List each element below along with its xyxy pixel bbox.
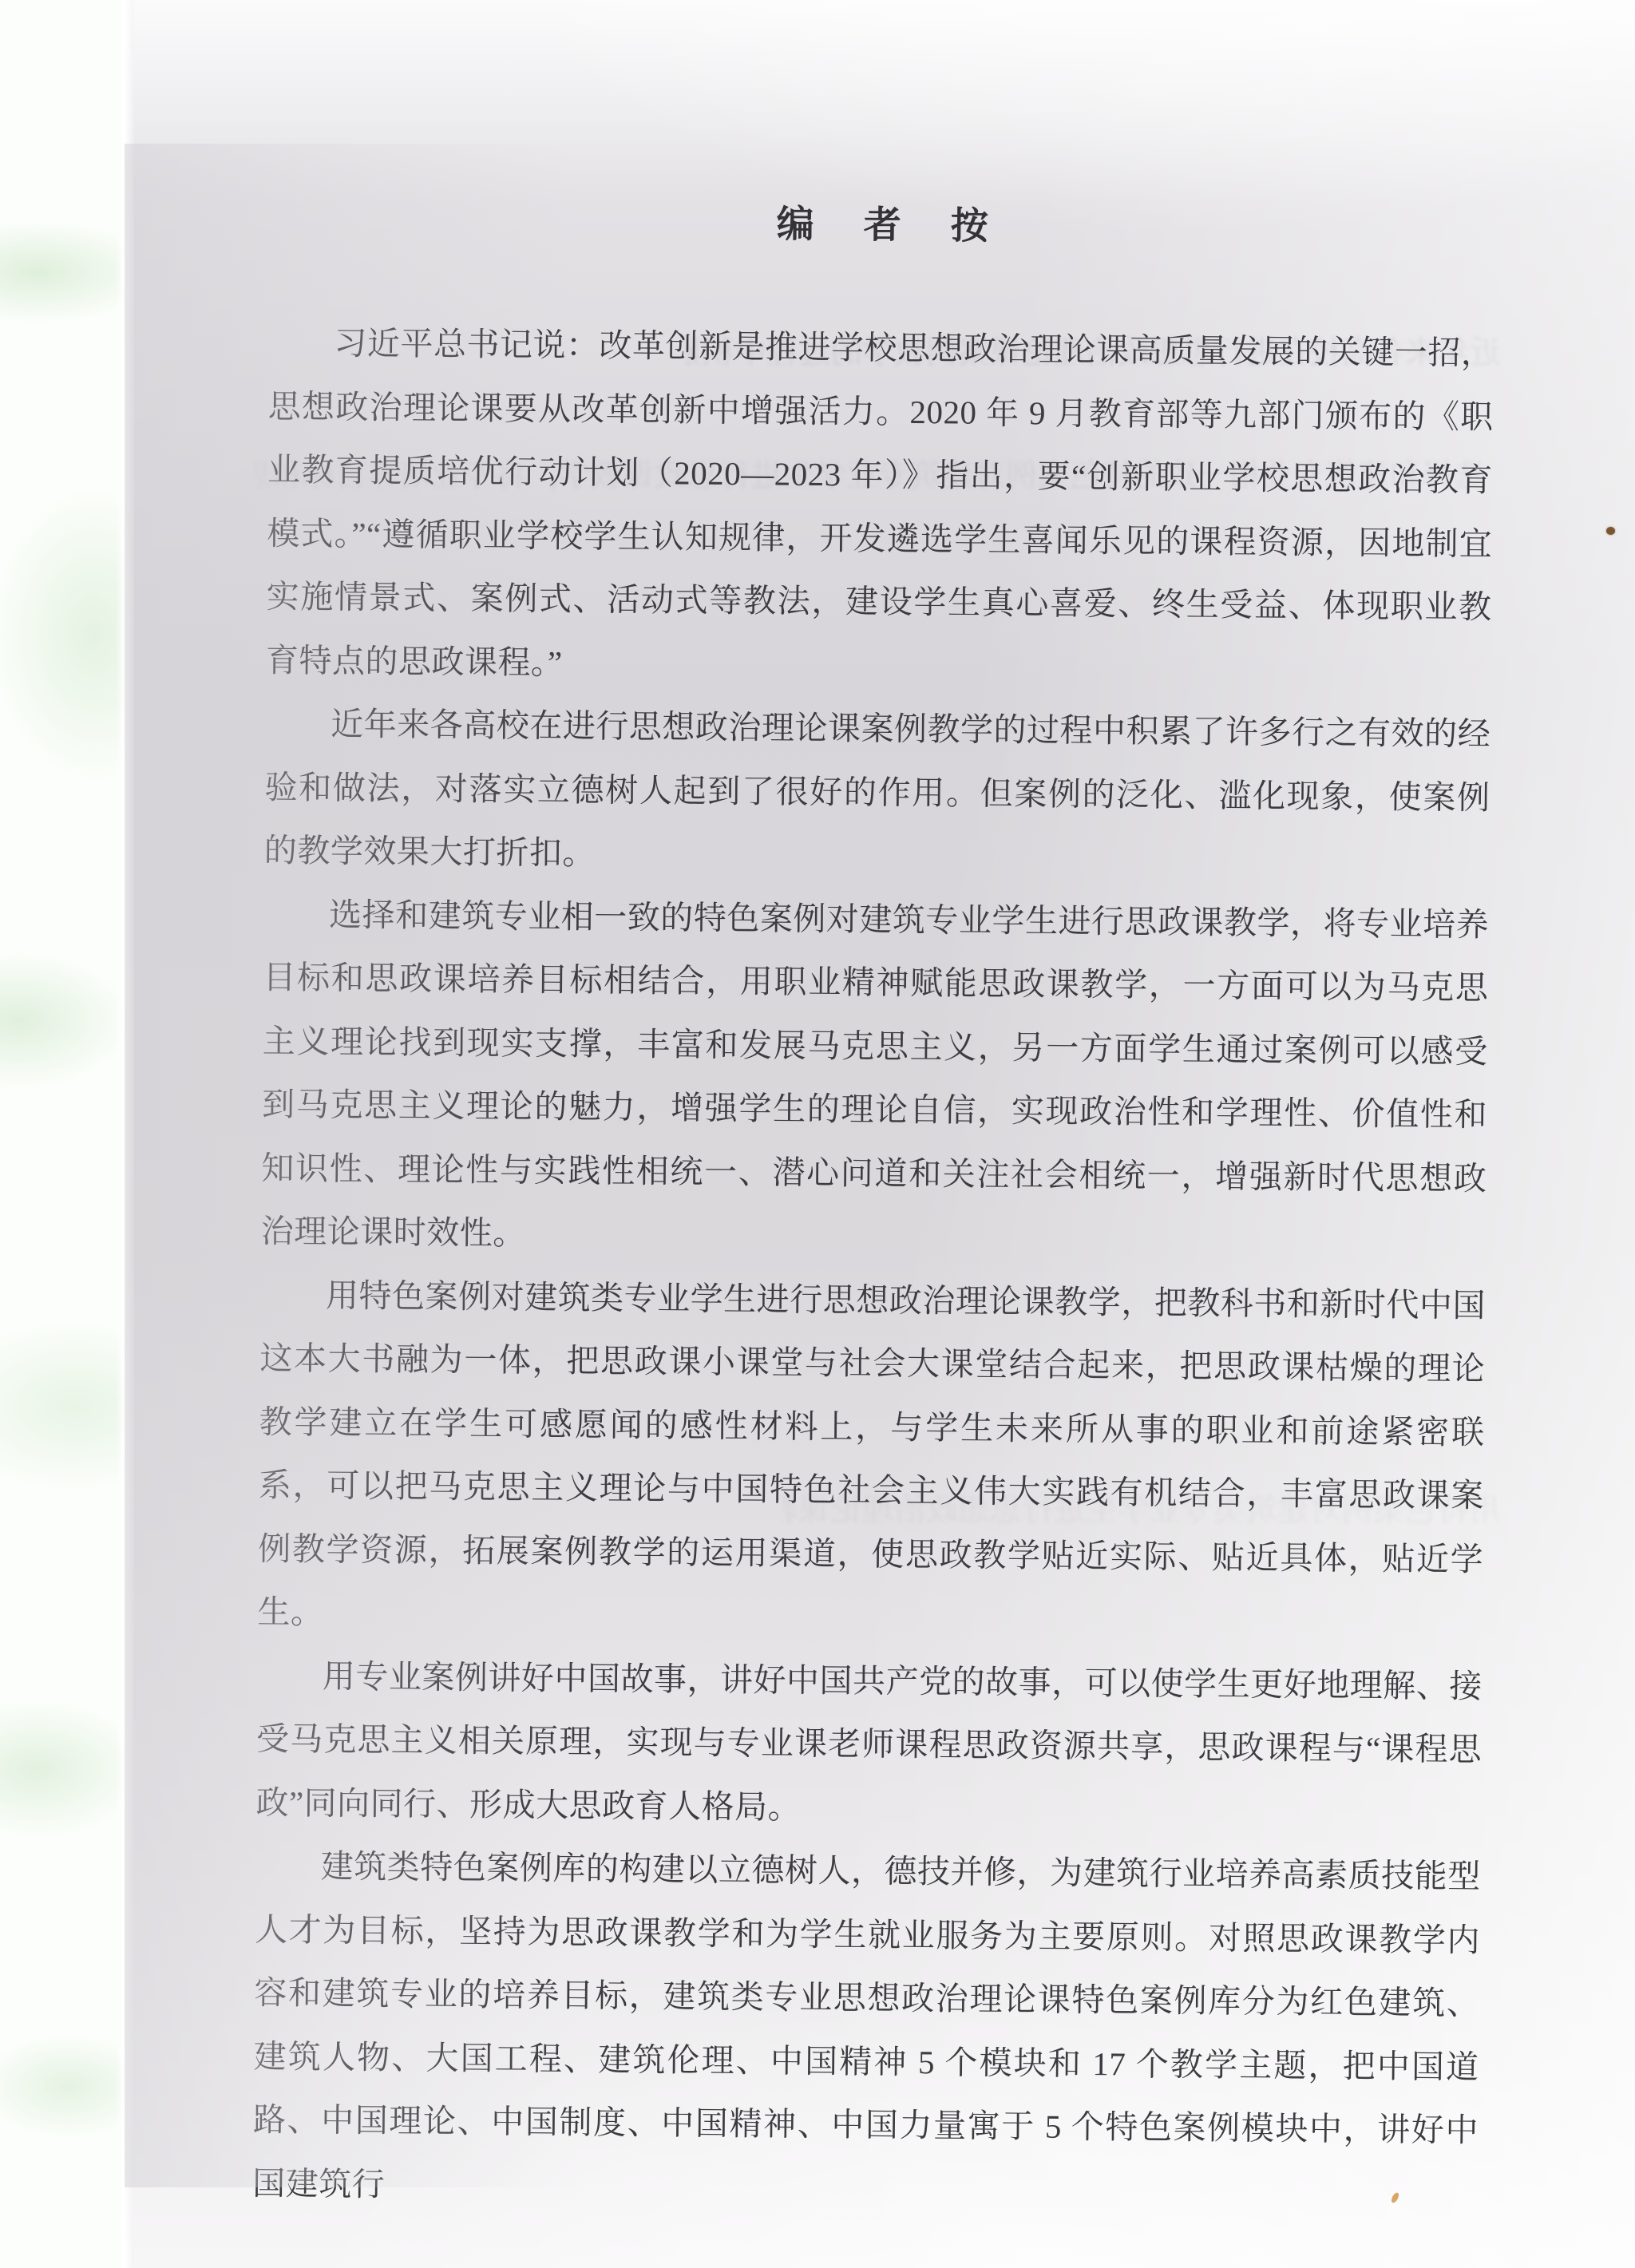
paragraph-3: 选择和建筑专业相一致的特色案例对建筑专业学生进行思政课教学，将专业培养目标和思政… [260,882,1489,1273]
paragraph-4: 用特色案例对建筑类专业学生进行思想政治理论课教学，把教科书和新时代中国这本大书融… [257,1263,1486,1654]
book-endpaper [0,0,125,2268]
scanned-book-page: 近年来各高校在进行思想政治理论课案例教学的过程中积累了许多行之有效的经验和做法，… [0,0,1635,2268]
paragraph-2: 近年来各高校在进行思想政治理论课案例教学的过程中积累了许多行之有效的经验和做法，… [264,692,1491,893]
paragraph-1: 习近平总书记说：改革创新是推进学校思想政治理论课高质量发展的关键一招，思想政治理… [266,311,1494,703]
paragraph-5: 用专业案例讲好中国故事，讲好中国共产党的故事，可以使学生更好地理解、接受马克思主… [255,1644,1483,1845]
page-content: 编者按 习近平总书记说：改革创新是推进学校思想政治理论课高质量发展的关键一招，思… [252,198,1495,2226]
page-title: 编者按 [270,198,1495,253]
page-edge [117,0,134,2268]
paragraph-6: 建筑类特色案例库的构建以立德树人，德技并修，为建筑行业培养高素质技能型人才为目标… [252,1835,1481,2226]
